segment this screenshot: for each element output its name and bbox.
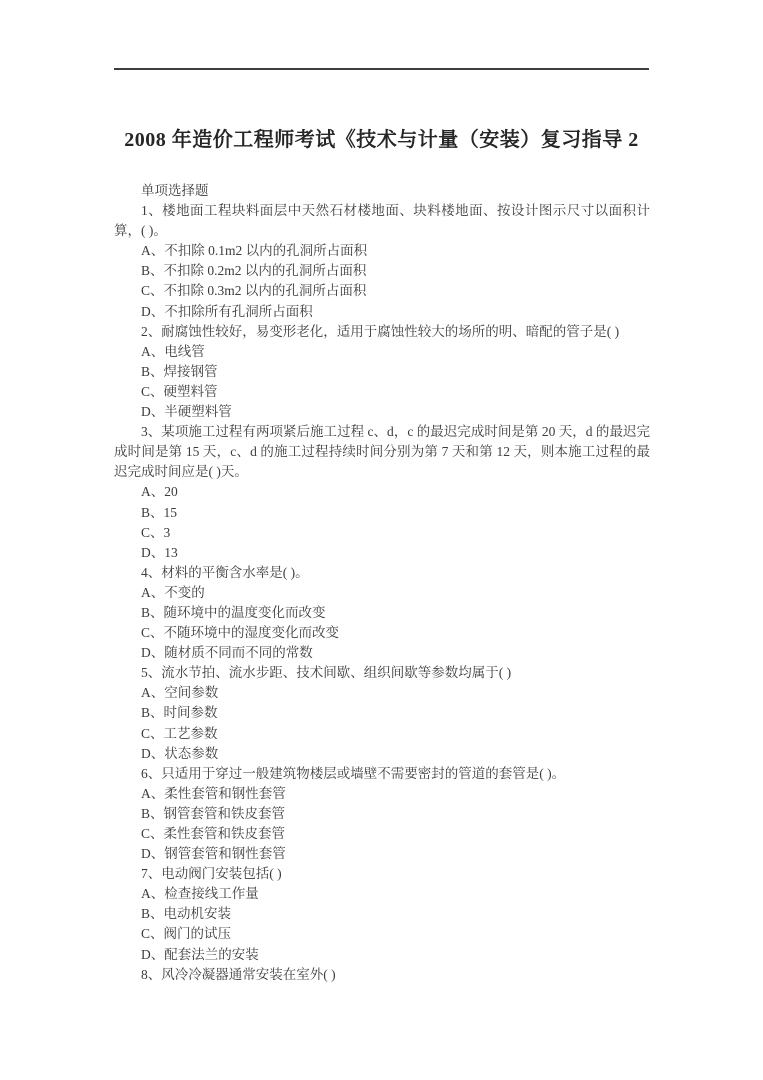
option-line: A、不扣除 0.1m2 以内的孔洞所占面积: [114, 241, 650, 261]
question-7: 7、电动阀门安装包括( ) A、检查接线工作量 B、电动机安装 C、阀门的试压 …: [114, 864, 650, 964]
question-1: 1、楼地面工程块料面层中天然石材楼地面、块料楼地面、按设计图示尺寸以面积计算，(…: [114, 201, 650, 322]
question-3: 3、某项施工过程有两项紧后施工过程 c、d，c 的最迟完成时间是第 20 天，d…: [114, 422, 650, 563]
option-line: D、配套法兰的安装: [114, 945, 650, 965]
document-page: 2008 年造价工程师考试《技术与计量（安装）复习指导 2 单项选择题 1、楼地…: [0, 0, 763, 1080]
question-text: 5、流水节拍、流水步距、技术间歇、组织间歇等参数均属于( ): [114, 663, 650, 683]
option-line: D、随材质不同而不同的常数: [114, 643, 650, 663]
option-line: B、不扣除 0.2m2 以内的孔洞所占面积: [114, 261, 650, 281]
option-line: C、3: [114, 523, 650, 543]
option-line: C、硬塑料管: [114, 382, 650, 402]
option-line: B、电动机安装: [114, 904, 650, 924]
option-line: B、随环境中的温度变化而改变: [114, 603, 650, 623]
question-text: 3、某项施工过程有两项紧后施工过程 c、d，c 的最迟完成时间是第 20 天，d…: [114, 422, 650, 482]
option-line: A、电线管: [114, 342, 650, 362]
option-line: B、时间参数: [114, 703, 650, 723]
option-line: C、工艺参数: [114, 724, 650, 744]
option-line: A、不变的: [114, 583, 650, 603]
question-text: 6、只适用于穿过一般建筑物楼层或墙壁不需要密封的管道的套管是( )。: [114, 764, 650, 784]
option-line: D、半硬塑料管: [114, 402, 650, 422]
option-line: B、钢管套管和铁皮套管: [114, 804, 650, 824]
question-5: 5、流水节拍、流水步距、技术间歇、组织间歇等参数均属于( ) A、空间参数 B、…: [114, 663, 650, 763]
section-header: 单项选择题: [114, 181, 650, 201]
option-line: B、15: [114, 503, 650, 523]
option-line: C、不随环境中的湿度变化而改变: [114, 623, 650, 643]
question-6: 6、只适用于穿过一般建筑物楼层或墙壁不需要密封的管道的套管是( )。 A、柔性套…: [114, 764, 650, 864]
option-line: A、20: [114, 482, 650, 502]
option-line: D、钢管套管和钢性套管: [114, 844, 650, 864]
option-line: B、焊接钢管: [114, 362, 650, 382]
option-line: D、13: [114, 543, 650, 563]
option-line: C、阀门的试压: [114, 924, 650, 944]
page-title: 2008 年造价工程师考试《技术与计量（安装）复习指导 2: [0, 123, 763, 152]
question-4: 4、材料的平衡含水率是( )。 A、不变的 B、随环境中的温度变化而改变 C、不…: [114, 563, 650, 663]
question-2: 2、耐腐蚀性较好，易变形老化，适用于腐蚀性较大的场所的明、暗配的管子是( ) A…: [114, 322, 650, 422]
option-line: D、状态参数: [114, 744, 650, 764]
option-line: A、空间参数: [114, 683, 650, 703]
question-text: 4、材料的平衡含水率是( )。: [114, 563, 650, 583]
option-line: D、不扣除所有孔洞所占面积: [114, 302, 650, 322]
option-line: C、不扣除 0.3m2 以内的孔洞所占面积: [114, 281, 650, 301]
question-8: 8、风冷冷凝器通常安装在室外( ): [114, 965, 650, 985]
header-rule: [114, 68, 649, 70]
question-text: 1、楼地面工程块料面层中天然石材楼地面、块料楼地面、按设计图示尺寸以面积计算，(…: [114, 201, 650, 241]
question-list: 单项选择题 1、楼地面工程块料面层中天然石材楼地面、块料楼地面、按设计图示尺寸以…: [114, 181, 650, 985]
option-line: A、柔性套管和钢性套管: [114, 784, 650, 804]
option-line: A、检查接线工作量: [114, 884, 650, 904]
question-text: 8、风冷冷凝器通常安装在室外( ): [114, 965, 650, 985]
question-text: 7、电动阀门安装包括( ): [114, 864, 650, 884]
option-line: C、柔性套管和铁皮套管: [114, 824, 650, 844]
question-text: 2、耐腐蚀性较好，易变形老化，适用于腐蚀性较大的场所的明、暗配的管子是( ): [114, 322, 650, 342]
